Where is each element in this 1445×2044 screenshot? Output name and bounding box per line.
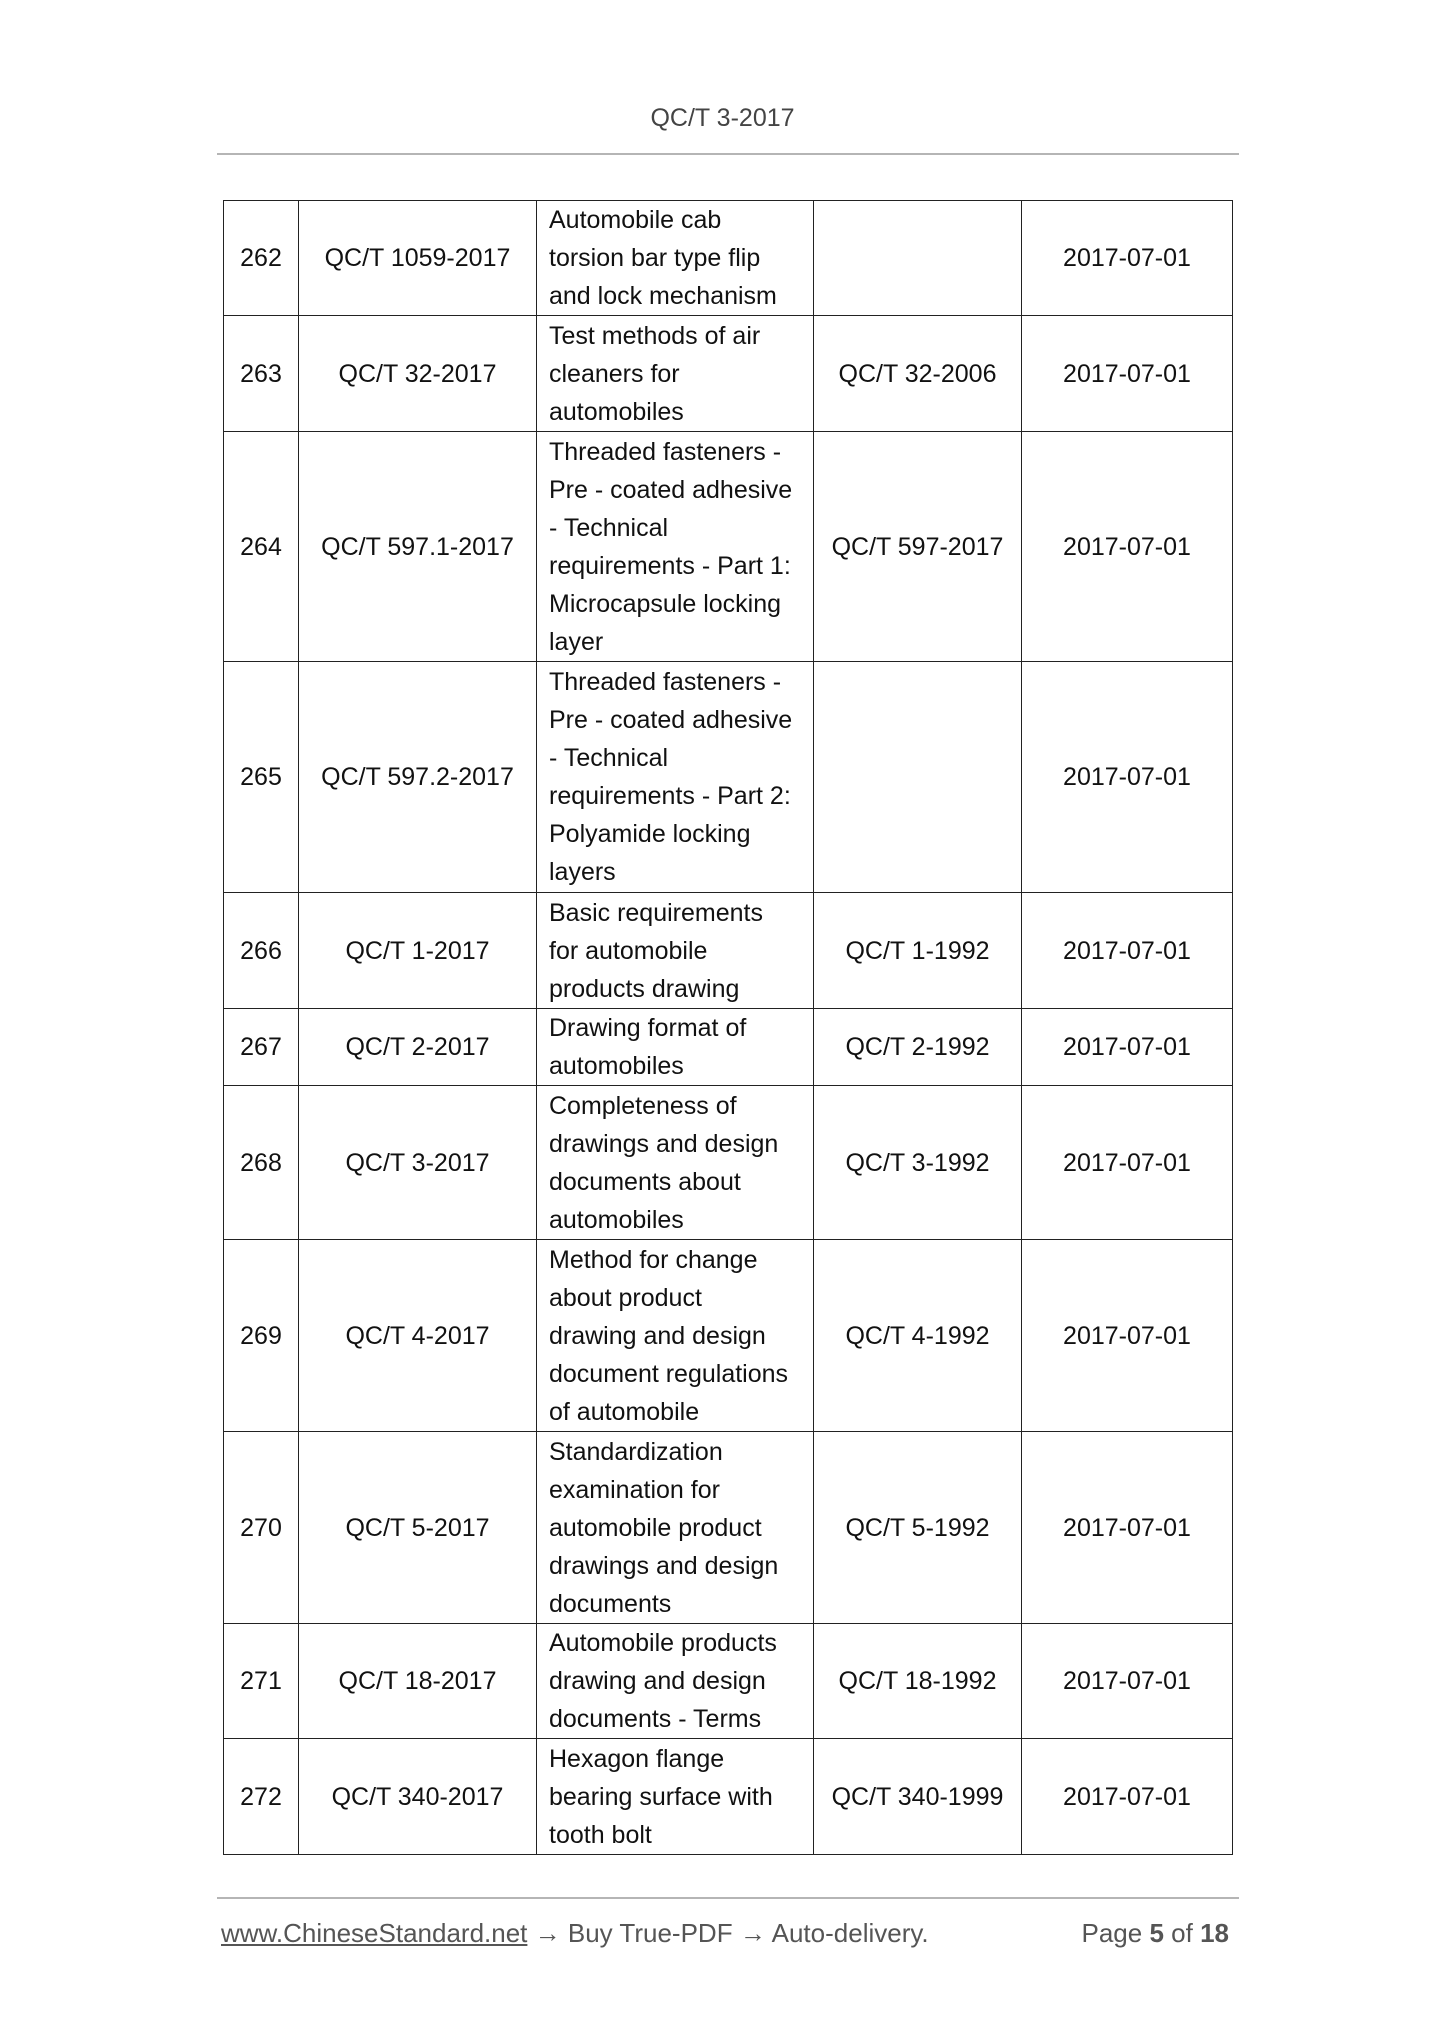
replaced-standard: QC/T 32-2006 [814, 316, 1022, 432]
title-line: Basic requirements [549, 894, 807, 932]
footer-divider [217, 1897, 1239, 1899]
title-line: documents [549, 1585, 807, 1623]
title-line: products drawing [549, 970, 807, 1008]
standard-title: Automobile productsdrawing and designdoc… [537, 1624, 814, 1739]
title-line: automobiles [549, 1201, 807, 1239]
table-row: 270QC/T 5-2017Standardizationexamination… [224, 1432, 1233, 1624]
title-line: Hexagon flange [549, 1740, 807, 1778]
table-row: 268QC/T 3-2017Completeness ofdrawings an… [224, 1086, 1233, 1240]
page-total: 18 [1200, 1918, 1229, 1948]
standard-code: QC/T 4-2017 [299, 1240, 537, 1432]
row-number: 270 [224, 1432, 299, 1624]
implementation-date: 2017-07-01 [1022, 316, 1233, 432]
standard-code: QC/T 18-2017 [299, 1624, 537, 1739]
row-number: 264 [224, 432, 299, 662]
title-line: Pre - coated adhesive [549, 701, 807, 739]
standard-code: QC/T 1-2017 [299, 893, 537, 1009]
title-line: tooth bolt [549, 1816, 807, 1854]
row-number: 263 [224, 316, 299, 432]
title-line: - Technical [549, 739, 807, 777]
title-line: documents - Terms [549, 1700, 807, 1738]
row-number: 265 [224, 662, 299, 893]
standard-title: Test methods of aircleaners forautomobil… [537, 316, 814, 432]
title-line: layers [549, 853, 807, 891]
title-line: Automobile products [549, 1624, 807, 1662]
table-row: 271QC/T 18-2017Automobile productsdrawin… [224, 1624, 1233, 1739]
implementation-date: 2017-07-01 [1022, 432, 1233, 662]
title-line: of automobile [549, 1393, 807, 1431]
title-line: Standardization [549, 1433, 807, 1471]
implementation-date: 2017-07-01 [1022, 1086, 1233, 1240]
arrow-right-icon: → [535, 1918, 561, 1948]
page-footer: www.ChineseStandard.net → Buy True-PDF →… [221, 1918, 1235, 1958]
implementation-date: 2017-07-01 [1022, 1432, 1233, 1624]
title-line: Pre - coated adhesive [549, 471, 807, 509]
title-line: Microcapsule locking [549, 585, 807, 623]
table-row: 265QC/T 597.2-2017Threaded fasteners -Pr… [224, 662, 1233, 893]
row-number: 267 [224, 1009, 299, 1086]
title-line: Automobile cab [549, 201, 807, 239]
standard-code: QC/T 340-2017 [299, 1739, 537, 1855]
implementation-date: 2017-07-01 [1022, 1240, 1233, 1432]
row-number: 268 [224, 1086, 299, 1240]
implementation-date: 2017-07-01 [1022, 201, 1233, 316]
replaced-standard: QC/T 18-1992 [814, 1624, 1022, 1739]
page-header-title: QC/T 3-2017 [0, 104, 1445, 133]
standard-title: Drawing format ofautomobiles [537, 1009, 814, 1086]
standard-code: QC/T 1059-2017 [299, 201, 537, 316]
title-line: Polyamide locking [549, 815, 807, 853]
replaced-standard [814, 662, 1022, 893]
title-line: Method for change [549, 1241, 807, 1279]
replaced-standard [814, 201, 1022, 316]
replaced-standard: QC/T 1-1992 [814, 893, 1022, 1009]
title-line: - Technical [549, 509, 807, 547]
table-row: 266QC/T 1-2017Basic requirementsfor auto… [224, 893, 1233, 1009]
title-line: cleaners for [549, 355, 807, 393]
row-number: 269 [224, 1240, 299, 1432]
standard-title: Automobile cabtorsion bar type flipand l… [537, 201, 814, 316]
title-line: drawing and design [549, 1662, 807, 1700]
standard-code: QC/T 3-2017 [299, 1086, 537, 1240]
title-line: automobiles [549, 393, 807, 431]
page-current: 5 [1149, 1918, 1163, 1948]
standard-title: Hexagon flangebearing surface withtooth … [537, 1739, 814, 1855]
title-line: drawing and design [549, 1317, 807, 1355]
title-line: automobile product [549, 1509, 807, 1547]
standard-title: Method for changeabout productdrawing an… [537, 1240, 814, 1432]
implementation-date: 2017-07-01 [1022, 1739, 1233, 1855]
table-row: 272QC/T 340-2017Hexagon flangebearing su… [224, 1739, 1233, 1855]
title-line: drawings and design [549, 1125, 807, 1163]
table-row: 264QC/T 597.1-2017Threaded fasteners -Pr… [224, 432, 1233, 662]
standard-title: Threaded fasteners -Pre - coated adhesiv… [537, 432, 814, 662]
standard-code: QC/T 5-2017 [299, 1432, 537, 1624]
standard-code: QC/T 597.1-2017 [299, 432, 537, 662]
title-line: Threaded fasteners - [549, 433, 807, 471]
replaced-standard: QC/T 4-1992 [814, 1240, 1022, 1432]
replaced-standard: QC/T 5-1992 [814, 1432, 1022, 1624]
title-line: Test methods of air [549, 317, 807, 355]
title-line: documents about [549, 1163, 807, 1201]
table-row: 269QC/T 4-2017Method for changeabout pro… [224, 1240, 1233, 1432]
title-line: Threaded fasteners - [549, 663, 807, 701]
replaced-standard: QC/T 597-2017 [814, 432, 1022, 662]
standards-table: 262QC/T 1059-2017Automobile cabtorsion b… [223, 200, 1233, 1855]
title-line: and lock mechanism [549, 277, 807, 315]
row-number: 266 [224, 893, 299, 1009]
title-line: Drawing format of [549, 1009, 807, 1047]
title-line: examination for [549, 1471, 807, 1509]
standard-title: Standardizationexamination forautomobile… [537, 1432, 814, 1624]
implementation-date: 2017-07-01 [1022, 893, 1233, 1009]
standard-title: Basic requirementsfor automobileproducts… [537, 893, 814, 1009]
table-row: 263QC/T 32-2017Test methods of aircleane… [224, 316, 1233, 432]
title-line: bearing surface with [549, 1778, 807, 1816]
title-line: automobiles [549, 1047, 807, 1085]
replaced-standard: QC/T 2-1992 [814, 1009, 1022, 1086]
standard-code: QC/T 2-2017 [299, 1009, 537, 1086]
row-number: 262 [224, 201, 299, 316]
replaced-standard: QC/T 340-1999 [814, 1739, 1022, 1855]
replaced-standard: QC/T 3-1992 [814, 1086, 1022, 1240]
title-line: requirements - Part 1: [549, 547, 807, 585]
standard-title: Threaded fasteners -Pre - coated adhesiv… [537, 662, 814, 893]
title-line: requirements - Part 2: [549, 777, 807, 815]
standard-code: QC/T 32-2017 [299, 316, 537, 432]
title-line: document regulations [549, 1355, 807, 1393]
title-line: drawings and design [549, 1547, 807, 1585]
site-link[interactable]: www.ChineseStandard.net [221, 1918, 527, 1948]
implementation-date: 2017-07-01 [1022, 1624, 1233, 1739]
title-line: Completeness of [549, 1087, 807, 1125]
title-line: about product [549, 1279, 807, 1317]
title-line: for automobile [549, 932, 807, 970]
standard-code: QC/T 597.2-2017 [299, 662, 537, 893]
row-number: 272 [224, 1739, 299, 1855]
table-row: 267QC/T 2-2017Drawing format ofautomobil… [224, 1009, 1233, 1086]
title-line: layer [549, 623, 807, 661]
page-label: Page [1081, 1918, 1142, 1948]
auto-delivery-text: Auto-delivery. [772, 1918, 929, 1948]
implementation-date: 2017-07-01 [1022, 662, 1233, 893]
title-line: torsion bar type flip [549, 239, 807, 277]
standard-title: Completeness ofdrawings and designdocume… [537, 1086, 814, 1240]
buy-pdf-text: Buy True-PDF [568, 1918, 733, 1948]
arrow-right-icon: → [740, 1918, 766, 1948]
table-row: 262QC/T 1059-2017Automobile cabtorsion b… [224, 201, 1233, 316]
implementation-date: 2017-07-01 [1022, 1009, 1233, 1086]
of-label: of [1171, 1918, 1193, 1948]
page-indicator: Page 5 of 18 [1081, 1918, 1229, 1949]
header-divider [217, 153, 1239, 155]
row-number: 271 [224, 1624, 299, 1739]
